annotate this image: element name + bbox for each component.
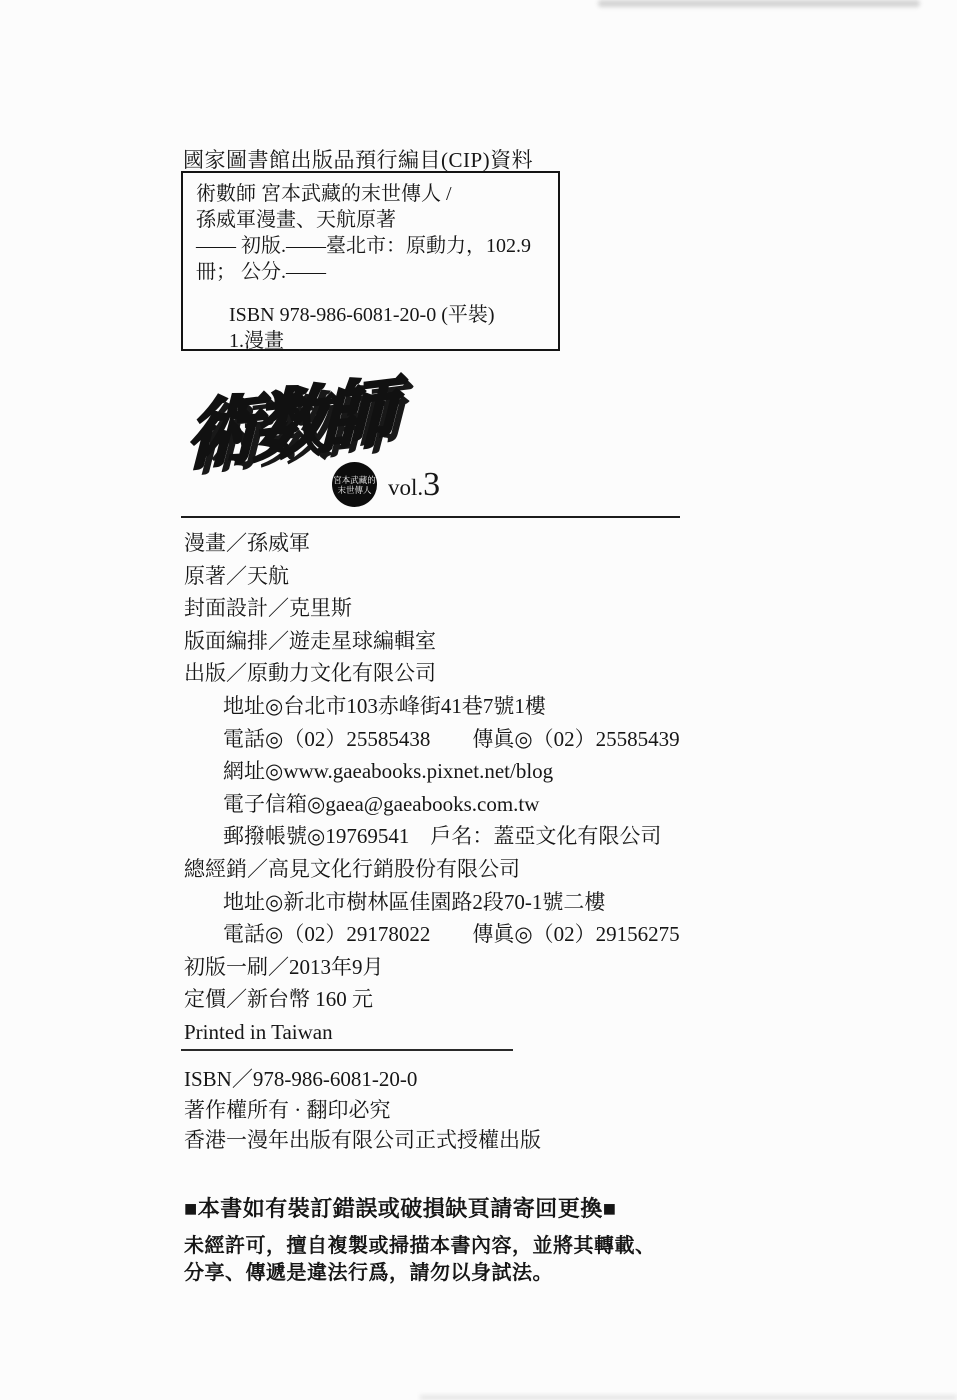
volume-label: vol. 3 bbox=[388, 466, 440, 504]
volume-prefix: vol. bbox=[388, 475, 423, 501]
cip-heading: 國家圖書館出版品預行編目(CIP)資料 bbox=[183, 144, 533, 174]
series-logo-subtitle-badge: 宮本武藏的 末世傳人 bbox=[332, 462, 377, 507]
printed-in: Printed in Taiwan bbox=[184, 1016, 680, 1049]
colophon-original-author: 原著／天航 bbox=[184, 560, 680, 593]
publisher-address: 地址◎台北市103赤峰街41巷7號1樓 bbox=[184, 690, 680, 723]
publisher-postal-account: 郵撥帳號◎19769541 戶名：蓋亞文化有限公司 bbox=[184, 820, 680, 853]
colophon-list: 漫畫／孫威軍 原著／天航 封面設計／克里斯 版面編排／遊走星球編輯室 出版／原動… bbox=[184, 527, 680, 1049]
first-printing: 初版一刷／2013年9月 bbox=[184, 951, 680, 984]
notice-headline: ■本書如有裝訂錯誤或破損缺頁請寄回更換■ bbox=[184, 1192, 656, 1223]
badge-subtitle-line1: 宮本武藏的 bbox=[333, 475, 376, 485]
copyright-line: 著作權所有 · 翻印必究 bbox=[184, 1095, 541, 1126]
notice-body-line2: 分享、傳遞是違法行爲，請勿以身試法。 bbox=[184, 1260, 656, 1287]
colophon-layout: 版面編排／遊走星球編輯室 bbox=[184, 625, 680, 658]
colophon-artist: 漫畫／孫威軍 bbox=[184, 527, 680, 560]
cip-box: 術數師 宮本武藏的末世傳人 / 孫威軍漫畫、天航原著 —— 初版.——臺北市：原… bbox=[181, 171, 560, 351]
colophon-cover-design: 封面設計／克里斯 bbox=[184, 592, 680, 625]
cip-isbn-line: ISBN 978-986-6081-20-0 (平裝) bbox=[229, 302, 552, 328]
publisher-website: 網址◎www.gaeabooks.pixnet.net/blog bbox=[184, 755, 680, 788]
cip-category-line: 1.漫畫 bbox=[229, 328, 552, 354]
cip-format-line: 冊； 公分.—— bbox=[196, 259, 552, 285]
distributor: 總經銷／高見文化行銷股份有限公司 bbox=[184, 853, 680, 886]
cip-title-line: 術數師 宮本武藏的末世傳人 / bbox=[196, 181, 552, 207]
divider-main bbox=[181, 516, 680, 518]
badge-subtitle-line2: 末世傳人 bbox=[337, 485, 371, 495]
distributor-address: 地址◎新北市樹林區佳園路2段70-1號二樓 bbox=[184, 886, 680, 919]
volume-number: 3 bbox=[423, 466, 440, 504]
cip-spacer bbox=[196, 285, 552, 302]
scan-artifact-bottom bbox=[420, 1395, 957, 1400]
isbn-line: ISBN／978-986-6081-20-0 bbox=[184, 1064, 541, 1095]
license-line: 香港一漫年出版有限公司正式授權出版 bbox=[184, 1125, 541, 1156]
cip-edition-line: —— 初版.——臺北市：原動力，102.9 bbox=[196, 233, 552, 259]
price: 定價／新台幣 160 元 bbox=[184, 983, 680, 1016]
colophon-publisher: 出版／原動力文化有限公司 bbox=[184, 657, 680, 690]
legal-block: ISBN／978-986-6081-20-0 著作權所有 · 翻印必究 香港一漫… bbox=[184, 1064, 541, 1156]
cip-author-line: 孫威軍漫畫、天航原著 bbox=[196, 207, 552, 233]
scan-artifact-top bbox=[598, 0, 920, 7]
publisher-phone-fax: 電話◎（02）25585438 傳眞◎（02）25585439 bbox=[184, 723, 680, 756]
distributor-phone-fax: 電話◎（02）29178022 傳眞◎（02）29156275 bbox=[184, 918, 680, 951]
notice-body-line1: 未經許可，擅自複製或掃描本書內容，並將其轉載、 bbox=[184, 1233, 656, 1260]
colophon-page: 國家圖書館出版品預行編目(CIP)資料 術數師 宮本武藏的末世傳人 / 孫威軍漫… bbox=[0, 0, 957, 1400]
series-logo-title: 術数師 bbox=[185, 376, 389, 476]
series-logo: 術数師 宮本武藏的 末世傳人 vol. 3 bbox=[183, 396, 683, 511]
notice-block: ■本書如有裝訂錯誤或破損缺頁請寄回更換■ 未經許可，擅自複製或掃描本書內容，並將… bbox=[184, 1192, 656, 1287]
divider-small bbox=[181, 1049, 513, 1051]
publisher-email: 電子信箱◎gaea@gaeabooks.com.tw bbox=[184, 788, 680, 821]
